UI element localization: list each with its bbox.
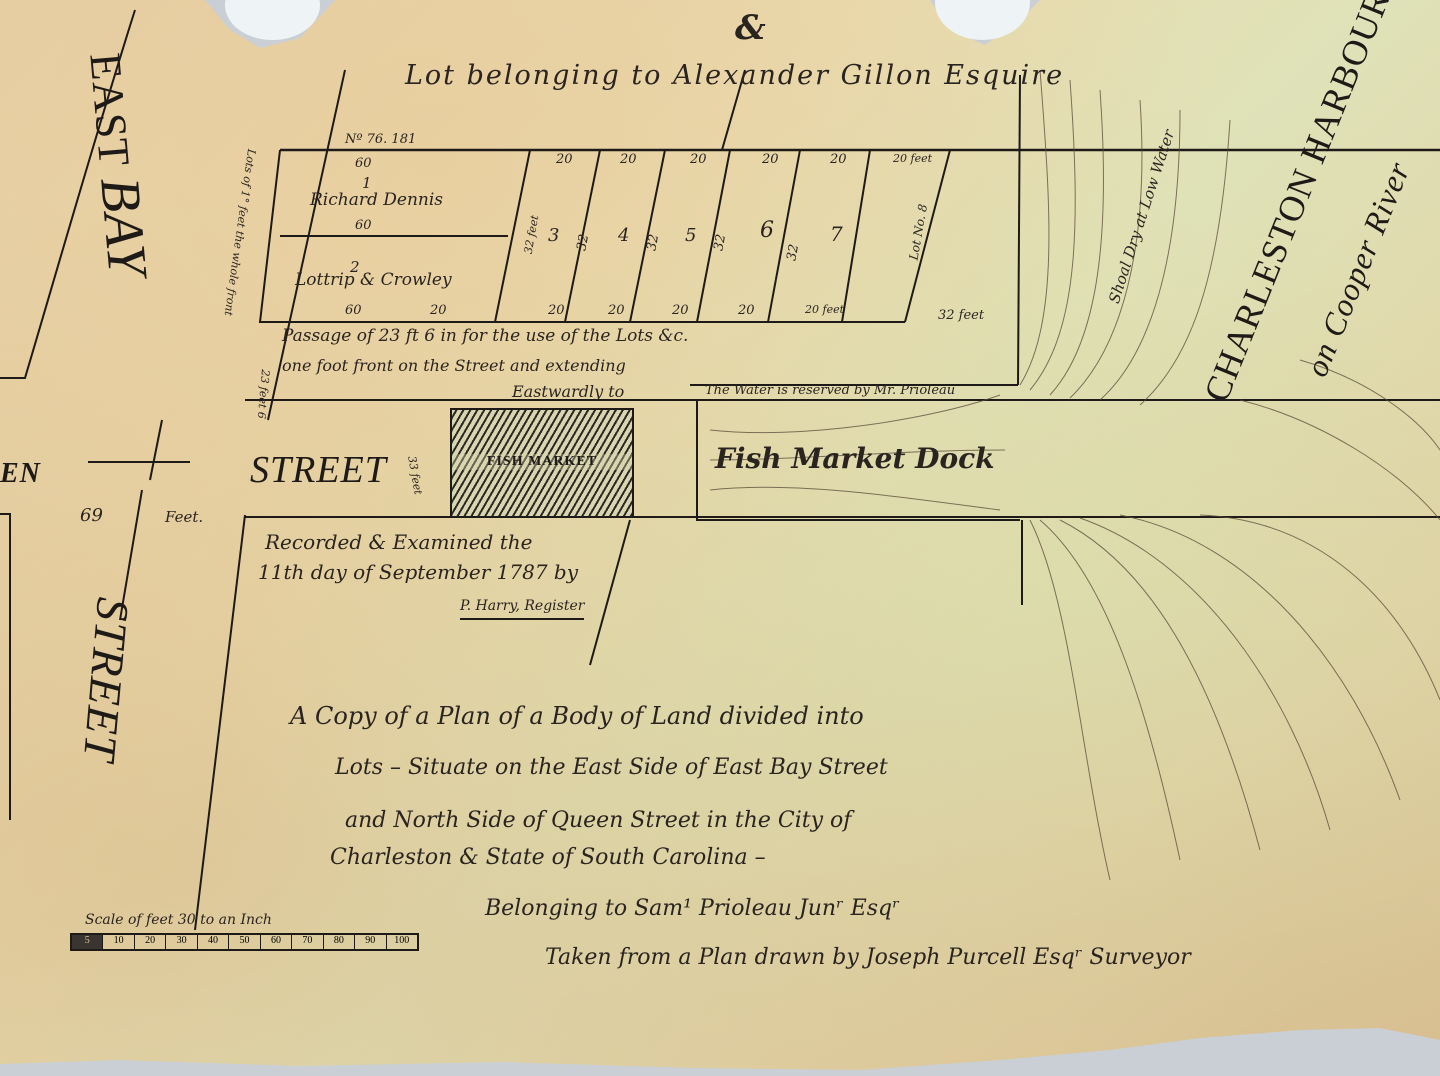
top-ornament: & xyxy=(735,8,766,48)
scale-tick: 20 xyxy=(135,935,166,949)
title-line1: A Copy of a Plan of a Body of Land divid… xyxy=(290,702,864,730)
scale-tick: 100 xyxy=(387,935,417,949)
passage-note-line3: Eastwardly to xyxy=(512,382,624,401)
lot-6-side: 32 xyxy=(711,233,729,252)
lot-5-number: 5 xyxy=(685,225,696,246)
fish-market-dock-label: Fish Market Dock xyxy=(715,442,995,475)
lot-8-width-top: 20 feet xyxy=(893,152,932,165)
east-bay-label-part2: BAY xyxy=(88,175,158,279)
lot-6-width-bottom: 20 xyxy=(672,303,689,318)
lot-3-width-top: 20 xyxy=(556,152,573,167)
lot-5-width-bottom: 20 xyxy=(608,303,625,318)
lot-block-top-dimension: Nº 76. 181 xyxy=(345,132,416,147)
title-line5: Belonging to Sam¹ Prioleau Junʳ Esqʳ xyxy=(485,896,900,921)
lot-4-number: 4 xyxy=(618,225,629,246)
scale-tick: 80 xyxy=(324,935,355,949)
scale-tick: 60 xyxy=(261,935,292,949)
record-note-line1: Recorded & Examined the xyxy=(265,530,532,554)
street-width-unit: Feet. xyxy=(165,508,203,526)
lot-8-width-bottom: 20 feet xyxy=(805,303,844,316)
scale-tick: 90 xyxy=(355,935,386,949)
record-note-line2: 11th day of September 1787 by xyxy=(258,560,578,584)
lot-3-width-bottom: 20 xyxy=(430,303,447,318)
lot-5-width-top: 20 xyxy=(690,152,707,167)
passage-note-line2: one foot front on the Street and extendi… xyxy=(282,356,626,375)
passage-note-line1: Passage of 23 ft 6 in for the use of the… xyxy=(282,326,688,346)
fish-market-label: FISH MARKET xyxy=(452,454,632,470)
scale-bar: 5 10 20 30 40 50 60 70 80 90 100 xyxy=(70,933,419,951)
lot-2-owner: Lottrip & Crowley xyxy=(295,270,452,290)
scale-tick: 50 xyxy=(229,935,260,949)
lot-1-owner: Richard Dennis xyxy=(310,190,443,210)
record-note-signature: P. Harry, Register xyxy=(460,598,584,620)
street-width-value: 69 xyxy=(80,505,103,526)
lot-7-width-top: 20 xyxy=(830,152,847,167)
scale-caption: Scale of feet 30 to an Inch xyxy=(85,912,272,928)
title-line6: Taken from a Plan drawn by Joseph Purcel… xyxy=(545,945,1191,970)
scale-tick: 5 xyxy=(72,935,103,949)
lot-block-right-dimension: 32 feet xyxy=(938,308,984,323)
queen-street-label: STREET xyxy=(250,448,387,492)
lot-2-depth: 60 xyxy=(345,303,362,318)
scale-tick: 10 xyxy=(103,935,134,949)
lot-4-width-bottom: 20 xyxy=(548,303,565,318)
lot-1-width: 60 xyxy=(355,156,372,171)
title-line4: Charleston & State of South Carolina – xyxy=(330,845,766,870)
lot-6-number: 6 xyxy=(760,218,774,243)
lot-6-width-top: 20 xyxy=(762,152,779,167)
east-bay-label-part1: EAST xyxy=(80,51,139,168)
scale-tick: 30 xyxy=(166,935,197,949)
lot-5-side: 32 xyxy=(644,233,662,252)
queen-street-label-part: EN xyxy=(0,458,41,490)
fish-market-building: FISH MARKET xyxy=(450,408,634,518)
lot-7-number: 7 xyxy=(830,222,843,246)
scale-tick: 70 xyxy=(292,935,323,949)
header-lot-label: Lot belonging to Alexander Gillon Esquir… xyxy=(405,60,1064,91)
lot-1-depth: 60 xyxy=(355,218,372,233)
title-line3: and North Side of Queen Street in the Ci… xyxy=(345,808,851,833)
lot-3-number: 3 xyxy=(548,225,559,246)
lot-7-width-bottom: 20 xyxy=(738,303,755,318)
scale-tick: 40 xyxy=(198,935,229,949)
lot-7-side: 32 xyxy=(784,243,802,262)
lot-4-width-top: 20 xyxy=(620,152,637,167)
water-reserved-note: The Water is reserved by Mr. Prioleau xyxy=(705,383,955,398)
lot-4-side: 32 xyxy=(574,233,592,252)
title-line2: Lots – Situate on the East Side of East … xyxy=(335,755,888,780)
